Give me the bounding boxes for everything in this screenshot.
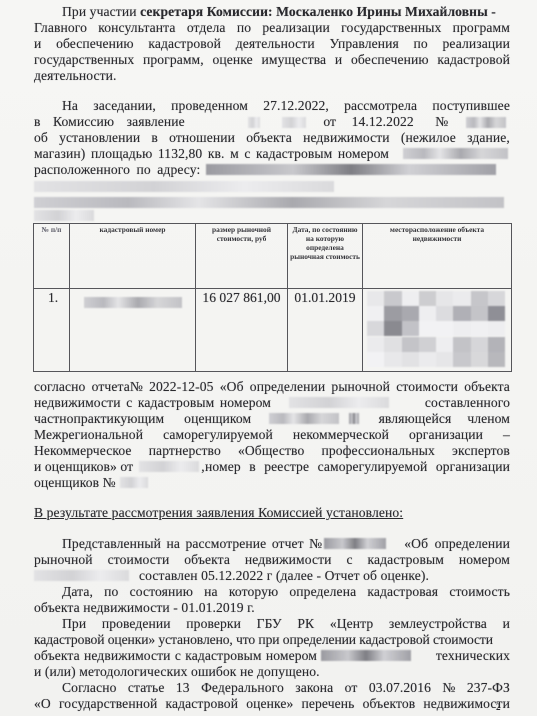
word: землеустройства (389, 616, 487, 631)
word: партнерство (149, 443, 221, 458)
word: «О (34, 696, 51, 711)
word: программ (453, 20, 510, 35)
word: стоимости (108, 552, 170, 567)
word: объектов (363, 696, 416, 711)
secretary-name: секретаря Комиссии: Москаленко Ирины Мих… (140, 4, 496, 19)
word: по (237, 20, 251, 35)
para3-line1: согласноотчета№2022-12-05«Обопределениир… (34, 379, 510, 394)
market-value-table: № п/п кадастровый номер размер рыночной … (33, 223, 512, 372)
report-number: 2022-12-05 (149, 379, 213, 394)
text: составлен 05.12.2022 г (далее - Отчет об… (139, 568, 429, 583)
text: «Об определении (404, 536, 510, 551)
word: номером (220, 395, 271, 410)
word: которую (229, 584, 278, 599)
para3-line5: Некоммерческоепартнерство«Обществопрофес… (34, 443, 510, 458)
word: «Общество (238, 443, 304, 458)
word: На (62, 98, 78, 113)
redacted-address (34, 210, 94, 221)
para6-line1: ПрипроведениипроверкиГБУРК«Центрземлеуст… (62, 616, 510, 631)
word: членом (467, 411, 510, 426)
word: кадастровой (165, 696, 238, 711)
redacted-address (34, 181, 334, 192)
word: статье (128, 680, 165, 695)
word: оценке (213, 52, 253, 67)
cell-cadastral (70, 289, 196, 372)
word: определении (250, 379, 325, 394)
text: расположенного по адресу: (34, 162, 200, 177)
word: недвижимости (245, 552, 332, 567)
redacted-location (367, 291, 505, 367)
word: ГБУ (257, 616, 282, 631)
word: организации (409, 427, 483, 442)
word: и (34, 36, 41, 51)
redacted-cadastral-number (403, 148, 508, 159)
word: Федерального (201, 680, 284, 695)
word: номером (459, 552, 510, 567)
redacted-address (206, 164, 496, 175)
redacted-report-number (324, 538, 386, 549)
redacted-cadastral-number (289, 397, 389, 408)
cell-market-value: 16 027 861,00 (196, 289, 288, 372)
law-number: 237-ФЗ (467, 680, 510, 695)
law-date: 03.07.2016 (369, 680, 431, 695)
para2-line2: в Комиссию заявление от 14.12.2022 № (34, 114, 510, 129)
redacted-applicant (282, 117, 306, 128)
redacted-appraiser-name (269, 413, 339, 424)
word: с (175, 648, 181, 663)
redacted-registry-number (120, 477, 148, 488)
text: и оценщиков» от (34, 459, 133, 474)
word: кв. (208, 146, 225, 161)
word: кадастровой (148, 36, 221, 51)
word: обеспечению (351, 52, 429, 67)
text: При участии (62, 4, 140, 19)
redacted-date (139, 461, 199, 472)
text: технических (436, 648, 510, 663)
para1-line3: иобеспечениюкадастровойдеятельностиУправ… (34, 36, 510, 51)
para6-line4: и (или) методологических ошибок не допущ… (34, 664, 510, 679)
word: программ, (143, 52, 204, 67)
word: с (244, 146, 250, 161)
para3-line6: и оценщиков» от , номервреестресаморегул… (34, 459, 510, 474)
redacted-address-line (34, 207, 510, 222)
para1-line4: государственныхпрограмм,оценкеимуществаи… (34, 52, 510, 67)
word: имущества (262, 52, 327, 67)
word: площадью (91, 146, 152, 161)
word: объекта (34, 648, 80, 663)
word: Дата, (62, 584, 93, 599)
para2-line5: расположенного по адресу: (34, 162, 510, 177)
word: поступившее (432, 98, 510, 113)
word: «Центр (330, 616, 373, 631)
para7-line2: «Огосударственнойкадастровойоценке»переч… (34, 696, 510, 711)
word: стоимости (396, 379, 458, 394)
area-value: 1132,80 (158, 146, 202, 161)
text: Представленный на рассмотрение отчет № (62, 536, 322, 551)
word: частнопрактикующим (34, 411, 164, 426)
para2-line3: обустановлениивотношенииобъектанедвижимо… (34, 130, 510, 145)
word: согласно (34, 379, 85, 394)
word: организации (436, 459, 510, 474)
word: рыночной (331, 379, 390, 394)
word: оценщиком (184, 411, 251, 426)
word: Некоммерческое (34, 443, 132, 458)
word: (нежилое (401, 130, 456, 145)
word: недвижимости (34, 395, 121, 410)
word: недвижимости (84, 648, 171, 663)
redacted-address-line (34, 178, 510, 193)
para3-line4: Межрегиональнойсаморегулируемойнекоммерч… (34, 427, 510, 442)
word: государственной (59, 696, 157, 711)
word: реестре (264, 459, 309, 474)
table-row: 1. 16 027 861,00 01.01.2019 (34, 289, 512, 372)
para2-line4: магазин)площадью1132,80кв.мскадастровымн… (34, 146, 510, 161)
word: проведении (102, 616, 171, 631)
redacted-cadastral-number (321, 650, 411, 661)
word: в (249, 459, 256, 474)
word: номером (338, 146, 389, 161)
col-header-location: месторасположение объекта недвижимости (363, 224, 512, 289)
word: РК (297, 616, 314, 631)
word: Главного (34, 20, 87, 35)
word: номером (266, 648, 317, 663)
text: составленного (425, 395, 510, 410)
word: объекта (184, 552, 230, 567)
word: и (335, 52, 342, 67)
word: Управления (329, 36, 398, 51)
word: Согласно (62, 680, 116, 695)
word: кадастровым (185, 648, 261, 663)
word: отношении (169, 130, 235, 145)
word: проверки (186, 616, 241, 631)
word: – (503, 427, 510, 442)
para2-line1: Назаседании,проведенном27.12.2022,рассмо… (62, 98, 510, 113)
word: экспертов (452, 443, 510, 458)
word: определена (289, 584, 356, 599)
para5-line1: Дата,посостояниюнакоторуюопределенакадас… (62, 584, 510, 599)
word: кадастровым (256, 146, 332, 161)
word: состоянию (130, 584, 193, 599)
text: от (323, 114, 336, 129)
word: недвижимости (303, 130, 390, 145)
word: оценке» (246, 696, 293, 711)
para3-line7: оценщиков № (34, 475, 510, 490)
word: кадастровой (437, 52, 510, 67)
redacted-cadastral-number (34, 570, 129, 581)
word: 13 (176, 680, 190, 695)
col-header-cadastral: кадастровый номер (70, 224, 196, 289)
para1-line2: Главногоконсультантаотделапореализацииго… (34, 20, 510, 35)
application-date: 14.12.2022 (352, 114, 414, 129)
word: от (345, 680, 358, 695)
word: обеспечению (56, 36, 134, 51)
cell-location (363, 289, 512, 372)
meeting-date: 27.12.2022, (263, 98, 329, 113)
word: на (204, 584, 218, 599)
redacted-application-number (466, 117, 506, 128)
para7-line1: Согласностатье13Федеральногозаконаот03.0… (62, 680, 510, 695)
table-header-row: № п/п кадастровый номер размер рыночной … (34, 224, 512, 289)
para5-line2: объекта недвижимости - 01.01.2019 г. (34, 600, 510, 615)
word: объекта (246, 130, 292, 145)
para4-line3: составлен 05.12.2022 г (далее - Отчет об… (34, 568, 510, 583)
para6-line3: объектанедвижимостискадастровымномером т… (34, 648, 510, 663)
document-page: При участии секретаря Комиссии: Москален… (0, 0, 537, 716)
word: здание, (467, 130, 510, 145)
para3-line2: недвижимостискадастровымномером составле… (34, 395, 510, 410)
text: № (435, 114, 448, 129)
word: государственных (34, 52, 134, 67)
word: по (414, 36, 428, 51)
word: рассмотрела (344, 98, 417, 113)
word: саморегулируемой (318, 459, 428, 474)
word: установлении (59, 130, 140, 145)
word: проведенном (171, 98, 248, 113)
text: оценщиков № (34, 475, 116, 490)
word: с (346, 552, 352, 567)
word: являющейся (379, 411, 452, 426)
word: «Об (220, 379, 244, 394)
word: саморегулируемой (163, 427, 273, 442)
word: перечень (302, 696, 355, 711)
word: профессиональных (321, 443, 434, 458)
cell-number: 1. (34, 289, 70, 372)
col-header-market-value: размер рыночной стоимости, руб (196, 224, 288, 289)
word: кадастровая (367, 584, 438, 599)
page-number: 2 (496, 702, 501, 712)
text: в Комиссию заявление (34, 114, 185, 129)
word: отдела (187, 20, 226, 35)
word: объекта (464, 379, 510, 394)
word: стоимость (449, 584, 510, 599)
col-header-date: Дата, по состоянию на которую определена… (288, 224, 363, 289)
word: Межрегиональной (34, 427, 143, 442)
word: консультанта (98, 20, 175, 35)
col-header-number: № п/п (34, 224, 70, 289)
para6-line2: кадастровой оценки» установлено, что при… (34, 632, 510, 647)
word: кадастровым (138, 395, 214, 410)
word: в (151, 130, 158, 145)
para1-line5: деятельности. (34, 68, 510, 83)
para4-line1: Представленный на рассмотрение отчет № «… (62, 536, 510, 551)
word: деятельности (236, 36, 315, 51)
word: с (126, 395, 132, 410)
word: При (62, 616, 86, 631)
word: реализации (262, 20, 329, 35)
word: по (104, 584, 118, 599)
para4-line2: рыночнойстоимостиобъектанедвижимостискад… (34, 552, 510, 567)
word: некоммерческой (293, 427, 389, 442)
word: № (442, 680, 455, 695)
redacted-cadastral-number (84, 297, 182, 308)
para3-line3: частнопрактикующим оценщиком являющейсяч… (34, 411, 510, 426)
word: магазин) (34, 146, 85, 161)
cell-date: 01.01.2019 (288, 289, 363, 372)
word: кадастровым (368, 552, 444, 567)
para1-line1: При участии секретаря Комиссии: Москален… (62, 4, 510, 19)
word: номер (205, 459, 241, 474)
word: отчета№ (92, 379, 143, 394)
word: государственных (341, 20, 441, 35)
word: закона (295, 680, 333, 695)
section-heading: В результате рассмотрения заявления Коми… (34, 505, 510, 520)
word: об (34, 130, 48, 145)
word: реализации (443, 36, 510, 51)
word: м (230, 146, 239, 161)
word: рыночной (34, 552, 93, 567)
redacted-applicant (248, 117, 260, 128)
word: и (503, 616, 510, 631)
redacted-appraiser-name (349, 413, 359, 424)
word: заседании, (93, 98, 156, 113)
